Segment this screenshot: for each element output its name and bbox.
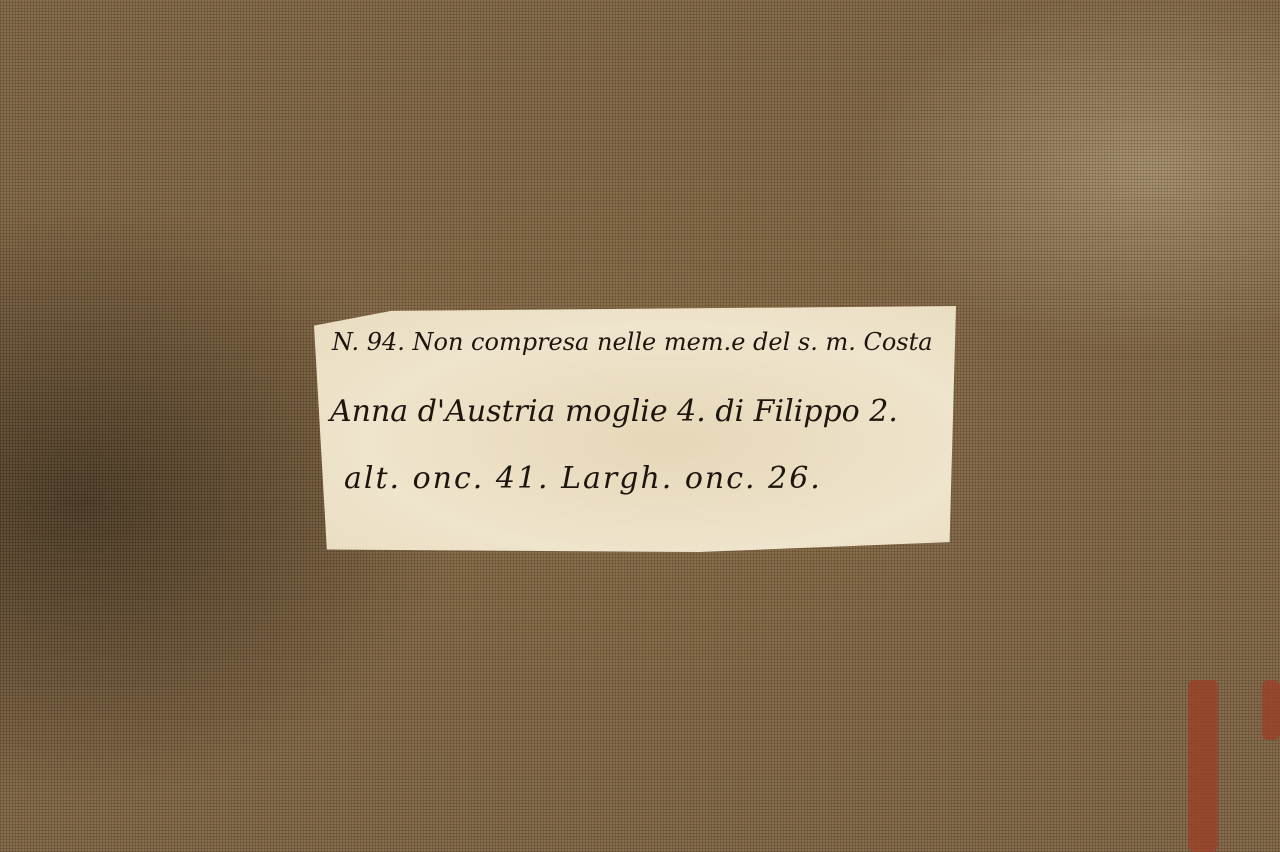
label-line-1: N. 94. Non compresa nelle mem.e del s. m… [332,328,933,356]
red-paint-mark-2 [1262,680,1280,740]
label-line-3: alt. onc. 41. Largh. onc. 26. [344,461,822,496]
handwritten-label: N. 94. Non compresa nelle mem.e del s. m… [314,306,956,552]
red-paint-mark [1188,680,1218,852]
label-line-2: Anna d'Austria moglie 4. di Filippo 2. [330,394,898,429]
